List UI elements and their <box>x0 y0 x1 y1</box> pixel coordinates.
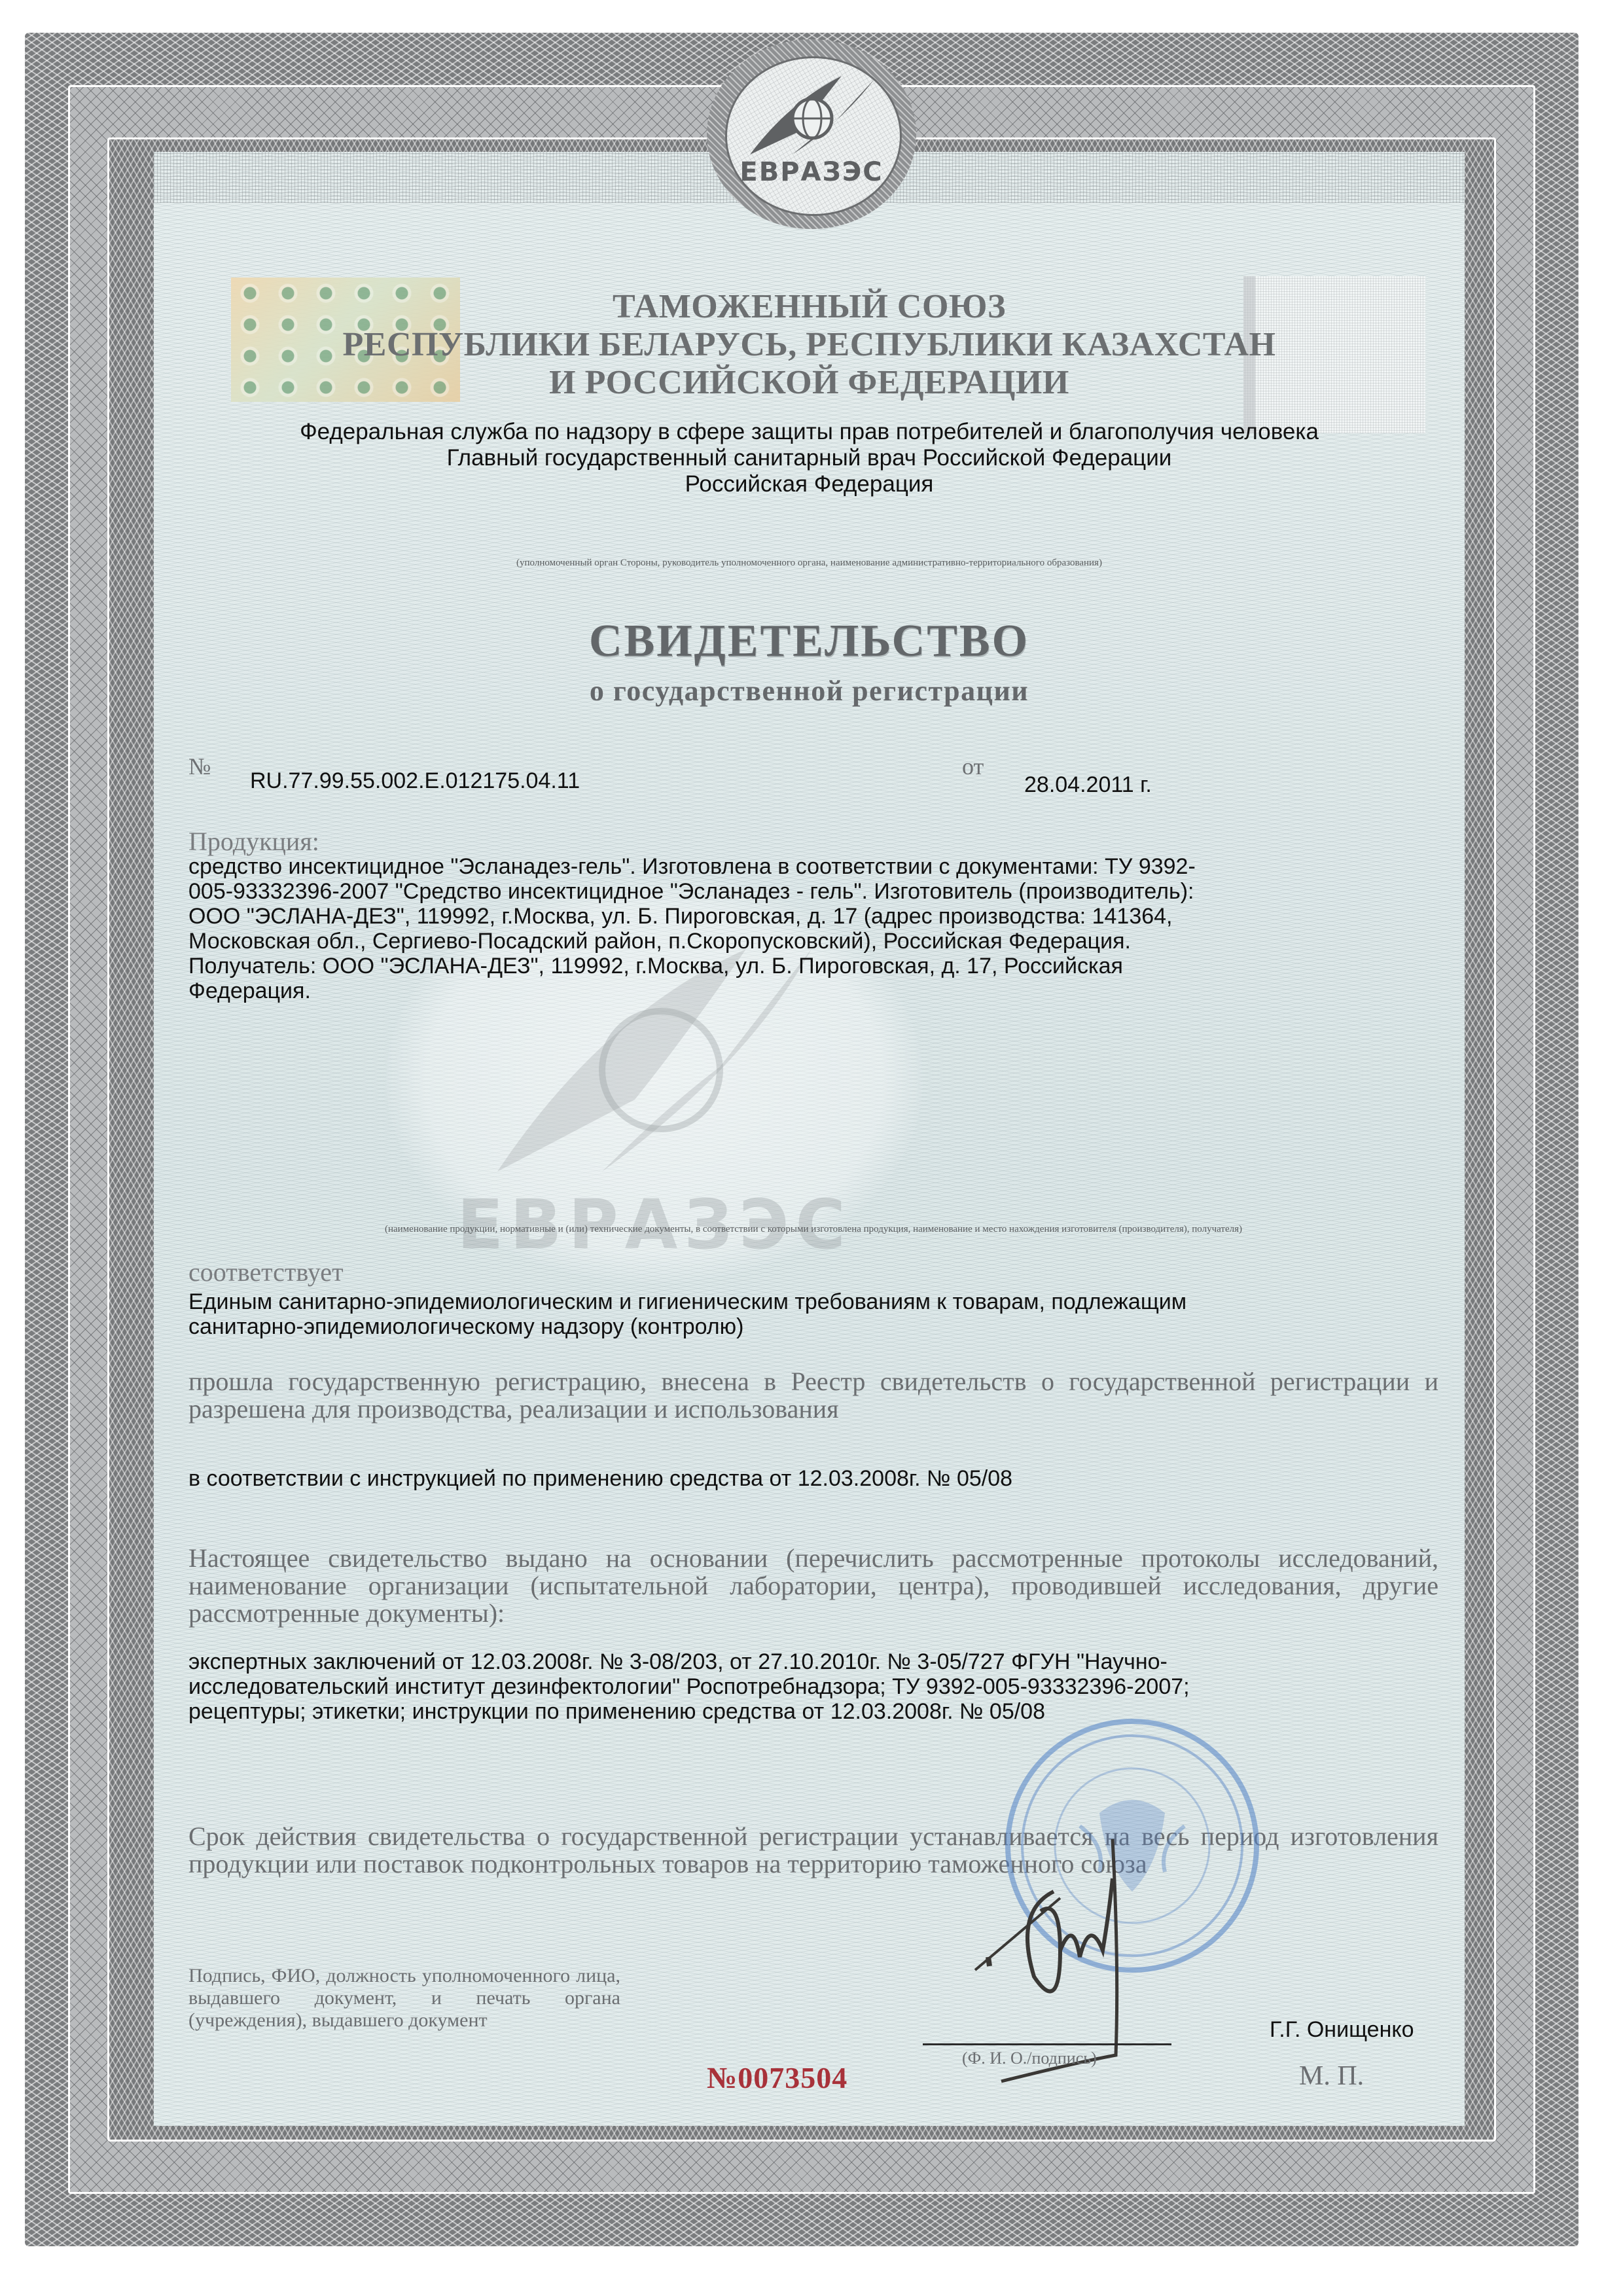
issued-basis-line: исследовательский институт дезинфектолог… <box>188 1674 1445 1699</box>
eurasec-emblem-icon <box>743 69 881 161</box>
registration-basis: в соответствии с инструкцией по применен… <box>188 1466 1438 1491</box>
customs-union-title: ТАМОЖЕННЫЙ СОЮЗ РЕСПУБЛИКИ БЕЛАРУСЬ, РЕС… <box>154 288 1465 402</box>
product-caption: (наименование продукции, нормативные и (… <box>188 1224 1438 1235</box>
issued-basis-documents: экспертных заключений от 12.03.2008г. № … <box>188 1649 1445 1724</box>
authority-caption: (уполномоченный орган Стороны, руководит… <box>154 558 1465 569</box>
blank-serial-number: №0073504 <box>707 2060 847 2095</box>
certificate-title: СВИДЕТЕЛЬСТВО <box>154 615 1465 668</box>
registration-date: 28.04.2011 г. <box>1024 772 1152 798</box>
product-description: средство инсектицидное "Эсланадез-гель".… <box>188 854 1445 1003</box>
product-line: Московская обл., Сергиево-Посадский райо… <box>188 929 1445 954</box>
product-label: Продукция: <box>188 826 319 857</box>
conformity-line: Единым санитарно-эпидемиологическим и ги… <box>188 1289 1445 1314</box>
signature-caption: (Ф. И. О./подпись) <box>962 2049 1097 2068</box>
conformity-label: соответствует <box>188 1257 344 1287</box>
union-line: РЕСПУБЛИКИ БЕЛАРУСЬ, РЕСПУБЛИКИ КАЗАХСТА… <box>154 326 1465 364</box>
registration-number: RU.77.99.55.002.Е.012175.04.11 <box>250 768 580 794</box>
product-line: ООО "ЭСЛАНА-ДЕЗ", 119992, г.Москва, ул. … <box>188 904 1445 929</box>
union-line: И РОССИЙСКОЙ ФЕДЕРАЦИИ <box>154 364 1465 402</box>
conformity-line: санитарно-эпидемиологическому надзору (к… <box>188 1314 1445 1339</box>
product-line: Получатель: ООО "ЭСЛАНА-ДЕЗ", 119992, г.… <box>188 954 1445 978</box>
issued-basis-statement: Настоящее свидетельство выдано на основа… <box>188 1545 1438 1627</box>
signature-description: Подпись, ФИО, должность уполномоченного … <box>188 1965 620 2032</box>
conformity-requirements: Единым санитарно-эпидемиологическим и ги… <box>188 1289 1445 1339</box>
emblem-label: ЕВРАЗЭС <box>707 157 916 187</box>
authority-line: Российская Федерация <box>154 471 1465 497</box>
authority-line: Федеральная служба по надзору в сфере за… <box>154 419 1465 445</box>
product-line: 005-93332396-2007 "Средство инсектицидно… <box>188 879 1445 904</box>
certificate-subtitle: о государственной регистрации <box>154 674 1465 708</box>
product-line: средство инсектицидное "Эсланадез-гель".… <box>188 854 1445 879</box>
number-sign: № <box>188 753 211 780</box>
union-line: ТАМОЖЕННЫЙ СОЮЗ <box>154 288 1465 326</box>
signature-line <box>923 2043 1171 2045</box>
eurasec-emblem: ЕВРАЗЭС <box>707 39 916 229</box>
signer-name: Г.Г. Онищенко <box>1270 2017 1414 2043</box>
stamp-place-label: М. П. <box>1299 2060 1364 2092</box>
issued-basis-line: экспертных заключений от 12.03.2008г. № … <box>188 1649 1445 1674</box>
registration-statement: прошла государственную регистрацию, внес… <box>188 1368 1438 1423</box>
date-label: от <box>962 753 984 780</box>
issuing-authority: Федеральная служба по надзору в сфере за… <box>154 419 1465 497</box>
authority-line: Главный государственный санитарный врач … <box>154 445 1465 471</box>
product-line: Федерация. <box>188 978 1445 1003</box>
